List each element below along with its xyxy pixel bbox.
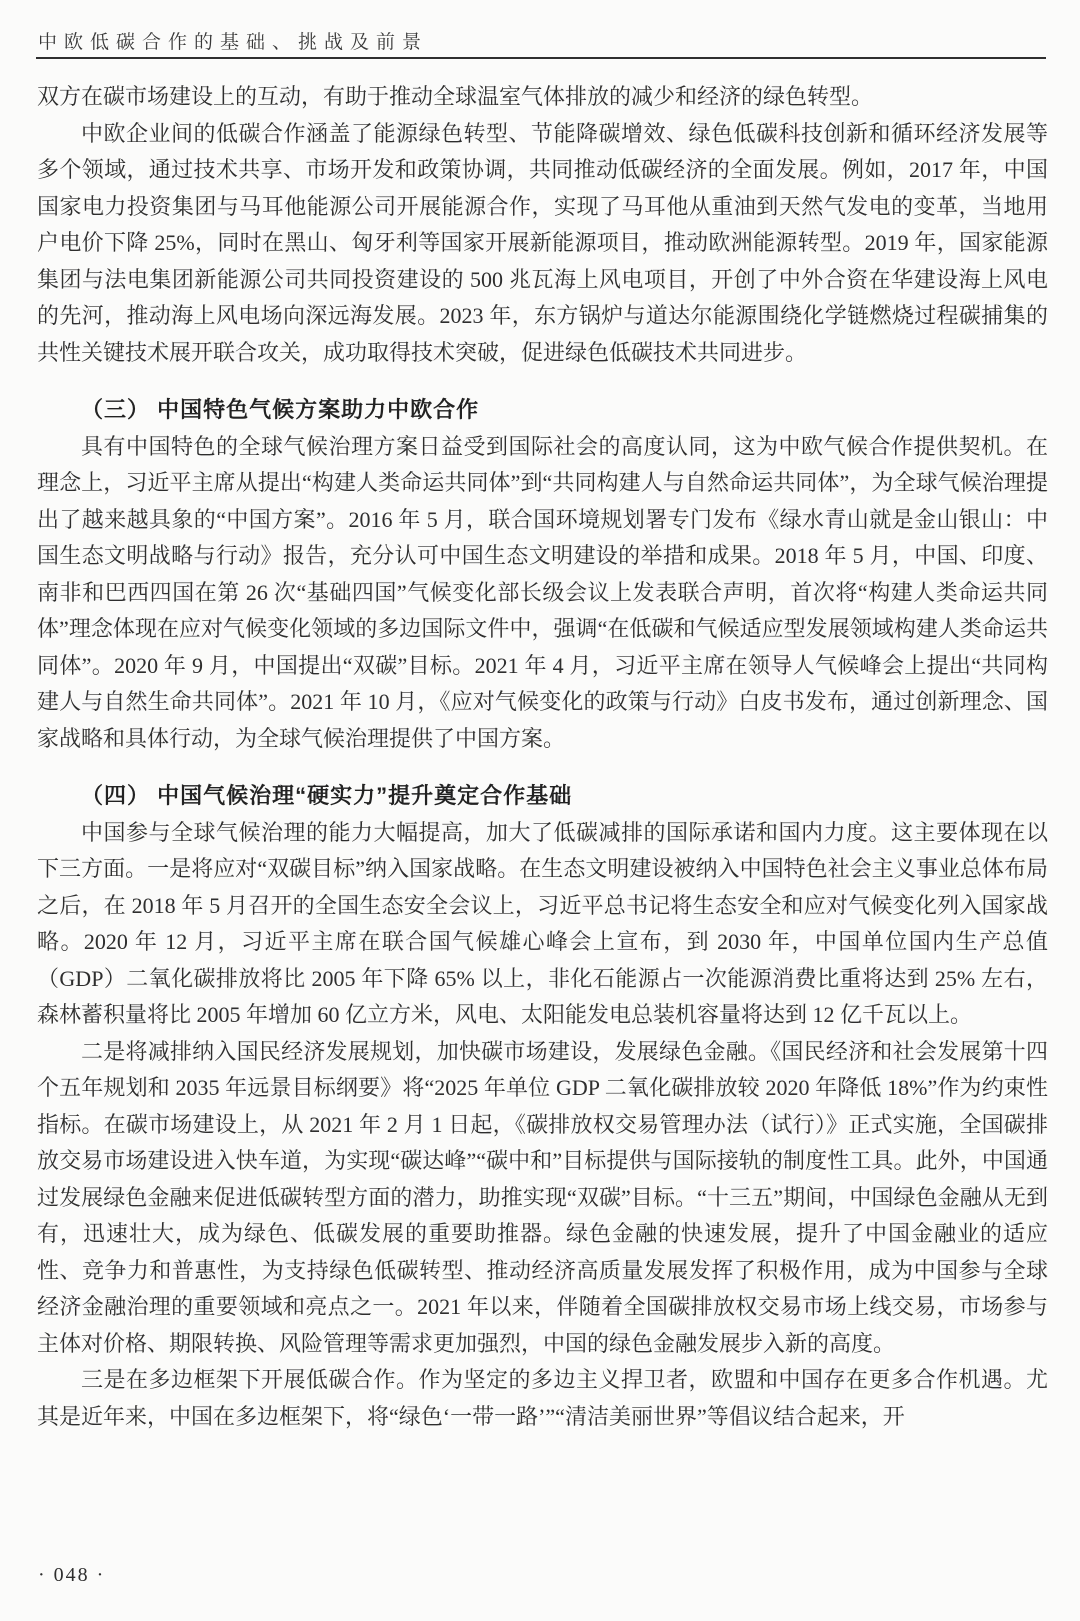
header-rule	[36, 57, 1046, 59]
section-heading-four: （四） 中国气候治理“硬实力”提升奠定合作基础	[37, 778, 1048, 815]
paragraph-climate-plan: 具有中国特色的全球气候治理方案日益受到国际社会的高度认同，这为中欧气候合作提供契…	[37, 429, 1048, 758]
document-page: 中欧低碳合作的基础、挑战及前景 双方在碳市场建设上的互动，有助于推动全球温室气体…	[0, 0, 1080, 1621]
paragraph-enterprise-cooperation: 中欧企业间的低碳合作涵盖了能源绿色转型、节能降碳增效、绿色低碳科技创新和循环经济…	[37, 116, 1048, 372]
paragraph-hard-power-third: 三是在多边框架下开展低碳合作。作为坚定的多边主义捍卫者，欧盟和中国存在更多合作机…	[37, 1362, 1048, 1435]
paragraph-carryover: 双方在碳市场建设上的互动，有助于推动全球温室气体排放的减少和经济的绿色转型。	[37, 79, 1048, 116]
section-heading-three: （三） 中国特色气候方案助力中欧合作	[37, 392, 1048, 429]
running-head-title: 中欧低碳合作的基础、挑战及前景	[38, 27, 428, 54]
page-body: 双方在碳市场建设上的互动，有助于推动全球温室气体排放的减少和经济的绿色转型。 中…	[37, 79, 1048, 1435]
paragraph-hard-power-second: 二是将减排纳入国民经济发展规划，加快碳市场建设，发展绿色金融。《国民经济和社会发…	[37, 1034, 1048, 1363]
paragraph-hard-power-first: 中国参与全球气候治理的能力大幅提高，加大了低碳减排的国际承诺和国内力度。这主要体…	[37, 815, 1048, 1034]
page-number: · 048 ·	[38, 1564, 105, 1587]
